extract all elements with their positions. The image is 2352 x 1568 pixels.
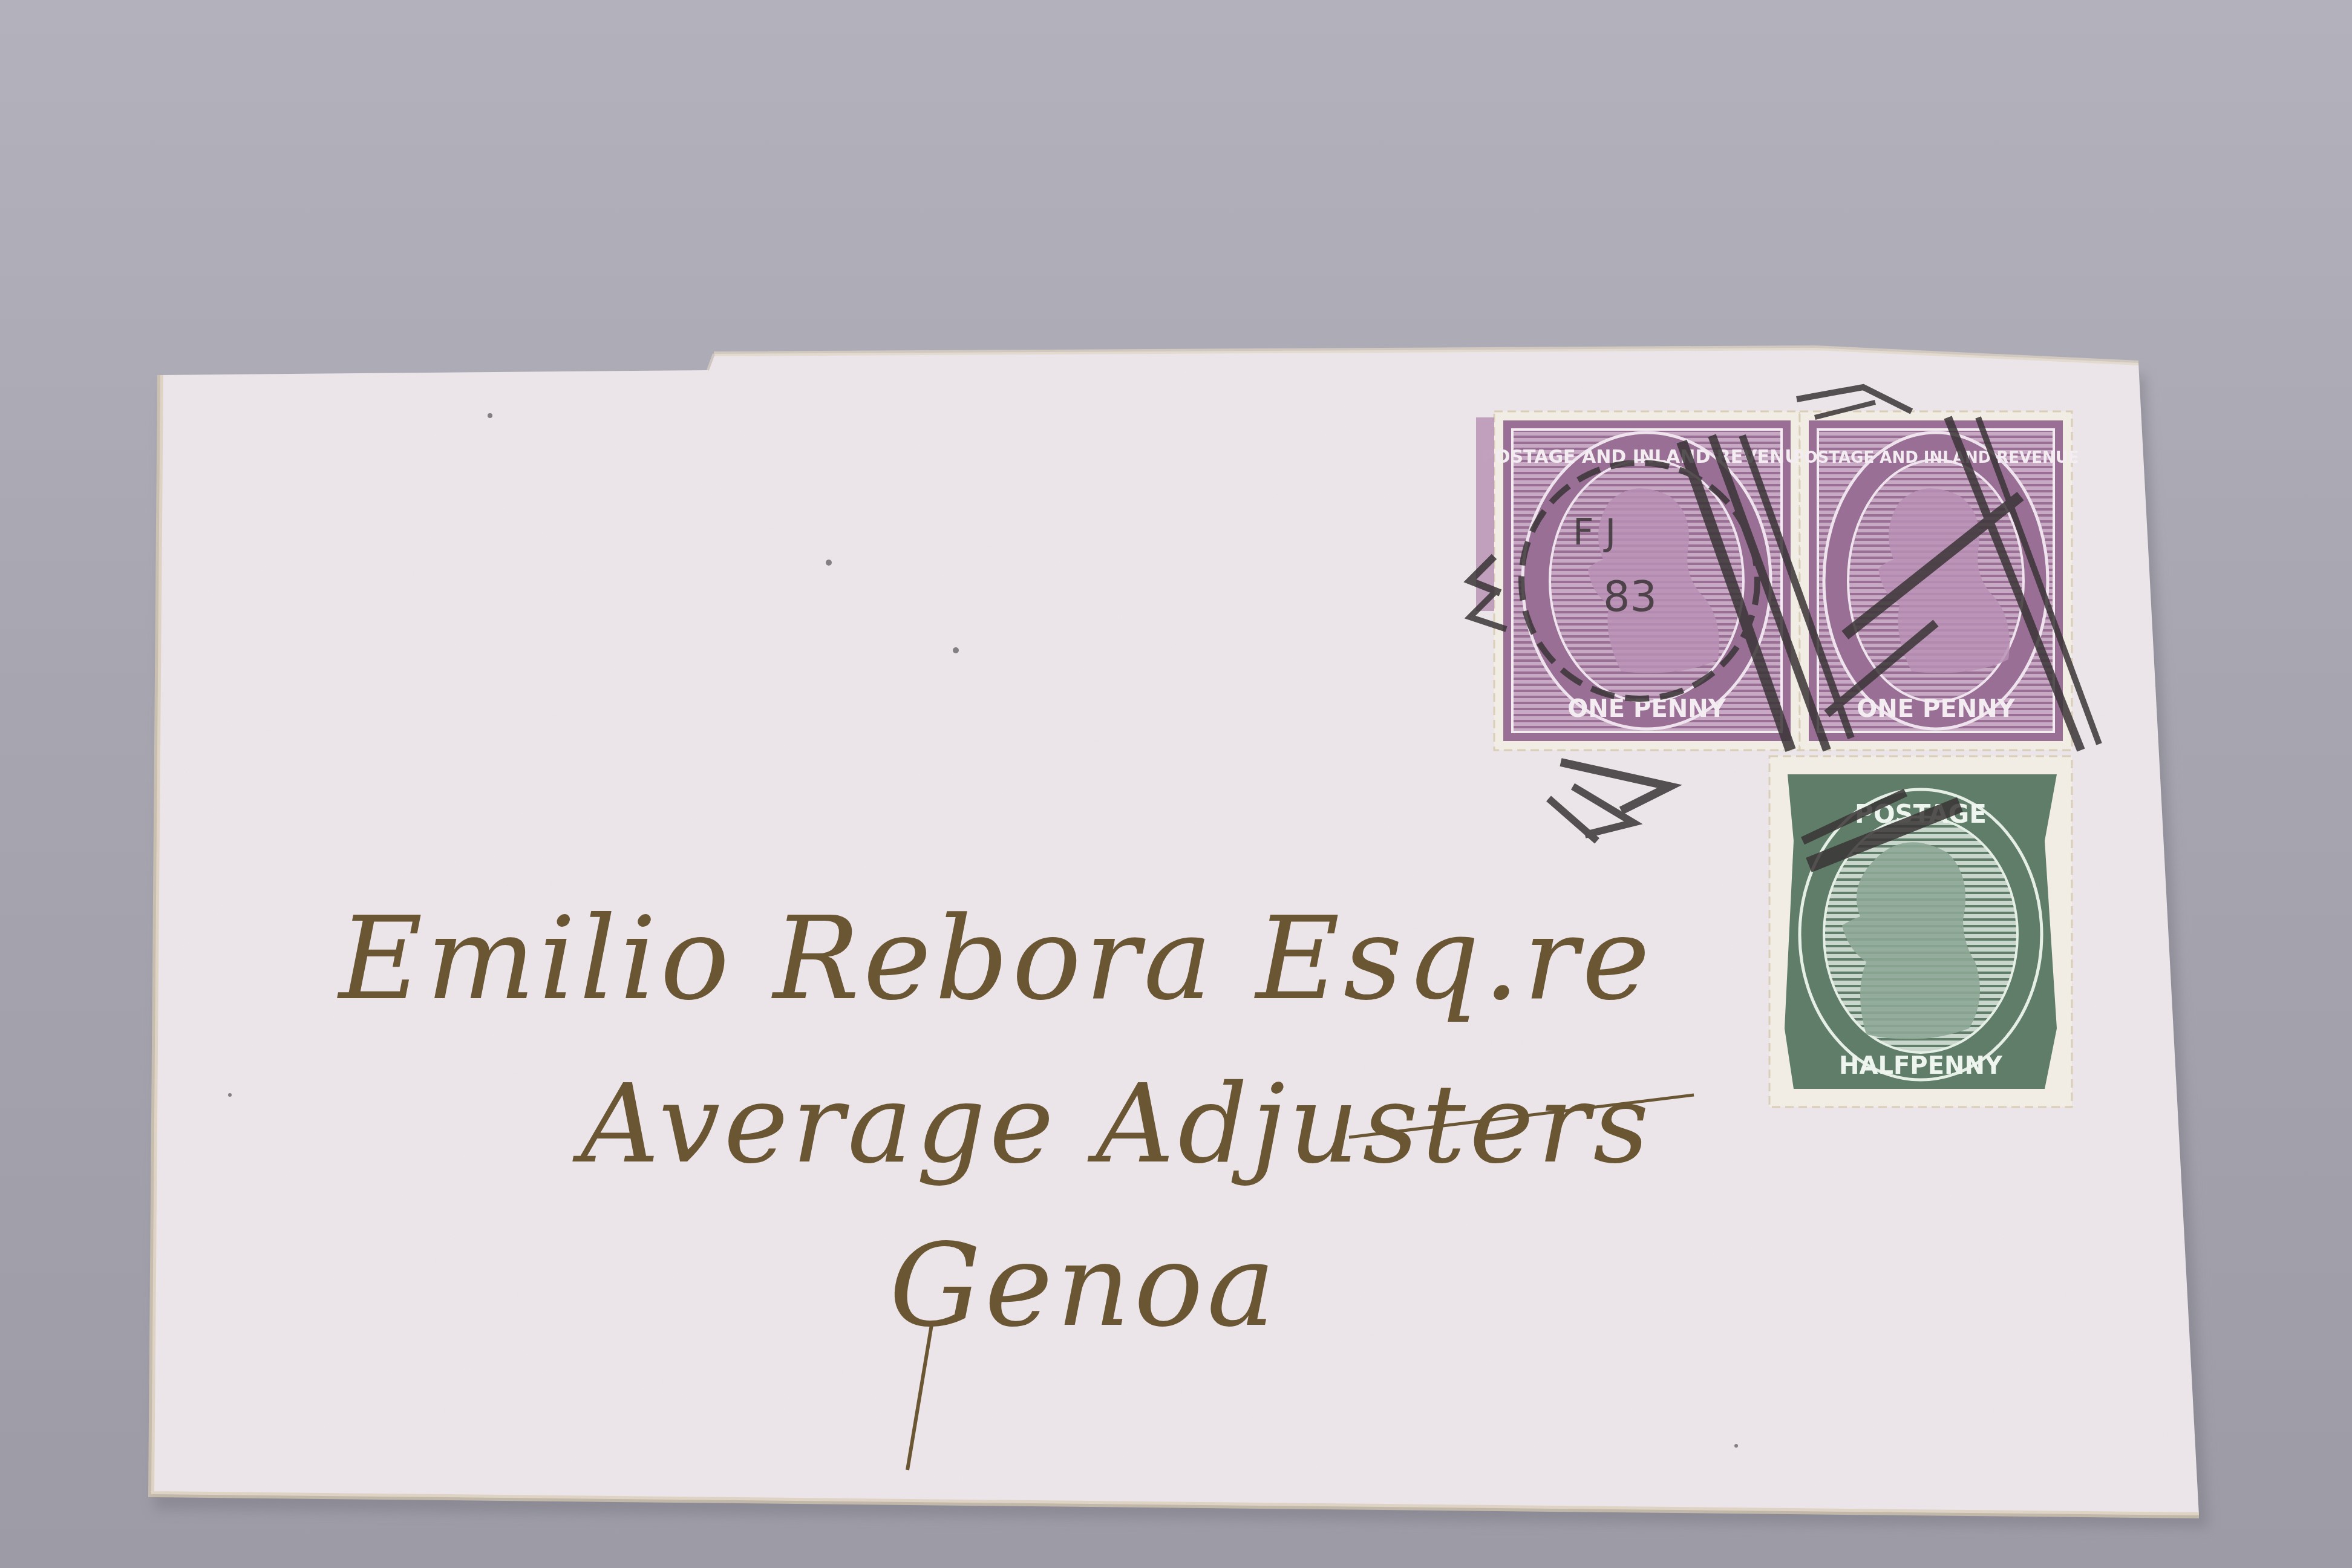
postmark-date: F J xyxy=(1573,511,1616,554)
stamp-bottom-text: ONE PENNY xyxy=(1857,695,2015,723)
stamp-halfpenny-green: POSTAGE HALFPENNY xyxy=(1769,756,2072,1107)
envelope-photo: POSTAGE AND INLAND REVENUE ONE PENNY POS… xyxy=(0,0,2352,1568)
address-line-1: Emilio Rebora Esq.re xyxy=(337,892,1653,1025)
stamp-top-text: POSTAGE AND INLAND REVENUE xyxy=(1792,449,2079,467)
stamp-bottom-text: HALFPENNY xyxy=(1839,1052,2003,1080)
postmark-year: 83 xyxy=(1603,572,1657,621)
address-line-2: Average Adjusters xyxy=(572,1061,1653,1187)
address-line-3: Genoa xyxy=(889,1218,1279,1352)
